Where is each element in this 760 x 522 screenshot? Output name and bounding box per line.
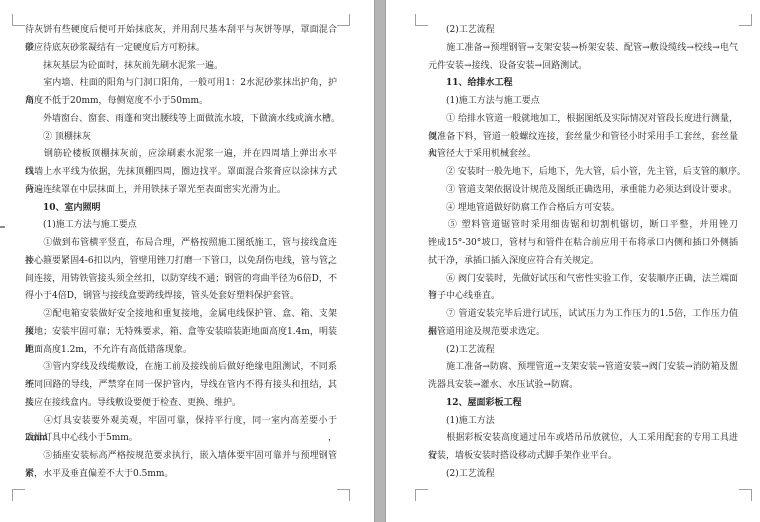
page-left-text: 待灰饼有些硬度后便可开始抹底灰，并用刮尺基本刮平与灰饼等厚，罩面混合砂浆应待底灰…: [25, 22, 337, 484]
text-line[interactable]: (2)工艺流程: [428, 342, 738, 360]
text-line[interactable]: 锉成15°-30°坡口，管材与和管件在粘合前应用干布将承口内侧和插口外侧插: [428, 235, 738, 253]
crop-mark-icon: [415, 25, 428, 26]
text-line[interactable]: 地面高度1.2m，不允许有高低错落现象。: [25, 342, 337, 360]
text-line[interactable]: (1)施工方法与施工要点: [428, 93, 738, 111]
crop-mark-icon: [739, 25, 752, 26]
text-line[interactable]: ④灯具安装要外观美观，牢固可靠，保持平行度，同一室内高差要小于2mm，: [25, 413, 337, 431]
text-line[interactable]: 外墙窗台、窗套、雨蓬和突出腰线等上面做流水坡，下做滴水线或滴水槽。: [25, 111, 337, 129]
crop-mark-icon: [12, 489, 13, 501]
text-line[interactable]: 12、屋面彩板工程: [428, 395, 738, 413]
text-line[interactable]: 根据彩板安装高度通过吊车或塔吊吊放就位，人工采用配套的专用工具进行: [428, 430, 738, 448]
text-line[interactable]: ③管内穿线及线缆敷设，在施工前及接线前后做好绝缘电阻测试，不同系统、: [25, 359, 337, 377]
text-line[interactable]: 紧，水平及垂直偏差不大于0.5mm。: [25, 466, 337, 484]
text-line[interactable]: 待灰饼有些硬度后便可开始抹底灰，并用刮尺基本刮平与灰饼等厚，罩面混合砂: [25, 22, 337, 40]
text-line[interactable]: 和管径大于采用机械套丝。: [428, 146, 738, 164]
text-line[interactable]: ②配电箱安装做好安全接地和重复接地，金属电线保护管、盒、箱、支架须: [25, 306, 337, 324]
text-line[interactable]: ③ 管道支架依据设计规范及图纸正确选用，承重能力必须达到设计要求。: [428, 182, 738, 200]
text-line[interactable]: 补心箍要紧固4-6扣以内，管壁用锉刀打磨一下管口，以免刮伤电线，管与管之: [25, 253, 337, 271]
text-line[interactable]: ⑤插座安装标高严格按规范要求执行，嵌入墙体要牢固可靠并与预埋钢管索: [25, 448, 337, 466]
page-edge-tick: [0, 226, 5, 228]
text-line[interactable]: ② 顶棚抹灰: [25, 129, 337, 147]
text-line[interactable]: 施工准备→防腐、预埋管道→支架安装→管道安装→阀门安装→消防箱及盥: [428, 359, 738, 377]
crop-mark-icon: [415, 489, 416, 501]
page-right-text: (2)工艺流程 施工准备→预埋钢管→支架安装→桥架安装、配管→敷设缆线→校线→电…: [428, 22, 738, 484]
text-line[interactable]: (2)工艺流程: [428, 466, 738, 484]
text-line[interactable]: 间连接，用铸铁管接头须全丝扣，以防穿线不通；钢管的弯曲半径为6倍D，不: [25, 271, 337, 289]
text-line[interactable]: 浆应待底灰砂浆凝结有一定硬度后方可粉抹。: [25, 40, 337, 58]
crop-mark-icon: [349, 489, 350, 501]
text-line[interactable]: 元件安装→接线、设备安装→回路测试。: [428, 58, 738, 76]
text-line[interactable]: 11、给排水工程: [428, 75, 738, 93]
text-line[interactable]: 洗器具安装→灌水、水压试验→防腐。: [428, 377, 738, 395]
crop-mark-icon: [415, 489, 428, 490]
text-line[interactable]: ① 给排水管道一般就地加工，根据图纸及实际情况对管段长度进行测量，以: [428, 111, 738, 129]
text-line[interactable]: 高度不低于20mm，每侧宽度不小于50mm。: [25, 93, 337, 111]
text-line[interactable]: ② 安装时一般先地下，后地下，先大管，后小管，先主管，后支管的顺序。: [428, 164, 738, 182]
text-line[interactable]: 得小于4倍D，钢管与接线盒要跨线焊接，管头处套好塑料保护套管。: [25, 288, 337, 306]
text-line[interactable]: 10、室内照明: [25, 200, 337, 218]
text-line[interactable]: ①做到布管横平竖直，布局合理，严格按照施工图纸施工，管与接线盒连接，: [25, 235, 337, 253]
text-line[interactable]: 两遍连续罩在中层抹面上，并用铁抹子罩光至表面密实光滑为止。: [25, 182, 337, 200]
text-line[interactable]: 据管道用途及规范要求选定。: [428, 324, 738, 342]
crop-mark-icon: [12, 489, 25, 490]
text-line[interactable]: 室内墙、柱面的阳角与门洞口阳角，一般可用1：2水泥砂浆抹出护角，护角: [25, 75, 337, 93]
text-line[interactable]: 施工准备→预埋钢管→支架安装→桥架安装、配管→敷设缆线→校线→电气: [428, 40, 738, 58]
crop-mark-icon: [12, 25, 25, 26]
text-line[interactable]: 不同回路的导线，严禁穿在同一保护管内，导线在管内不得有接头和扭结，其接: [25, 377, 337, 395]
text-line[interactable]: ④ 埋地管道做好防腐工作合格后方可安装。: [428, 200, 738, 218]
text-line[interactable]: 头应在接线盒内。导线敷设要便于检查、更换、维护。: [25, 395, 337, 413]
text-line[interactable]: 钢筋砼楼板顶棚抹灰前，应涂刷素水泥浆一遍，并在四周墙上弹出水平线，: [25, 146, 337, 164]
text-line[interactable]: ⑥ 阀门安装时，先做好试压和气密性实验工作，安装顺序正确，法兰端面与: [428, 271, 738, 289]
crop-mark-icon: [337, 25, 350, 26]
text-line[interactable]: 抹灰基层为砼面时，抹灰前先刷水泥浆一遍。: [25, 58, 337, 76]
text-line[interactable]: (1)施工方法与施工要点: [25, 217, 337, 235]
text-line[interactable]: (2)工艺流程: [428, 22, 738, 40]
page-left: 待灰饼有些硬度后便可开始抹底灰，并用刮尺基本刮平与灰饼等厚，罩面混合砂浆应待底灰…: [0, 0, 374, 522]
text-line[interactable]: (1)施工方法: [428, 413, 738, 431]
text-line[interactable]: 拭干净，承插口插入深度应符合有关规定。: [428, 253, 738, 271]
text-line[interactable]: 管子中心线垂直。: [428, 288, 738, 306]
text-line[interactable]: 安装，墙板安装时搭设移动式脚手架作业平台。: [428, 448, 738, 466]
page-gap: [374, 0, 386, 522]
crop-mark-icon: [751, 489, 752, 501]
text-line[interactable]: ⑤ 塑料管道锯管时采用细齿锯和切割机锯切，断口平整，并用锉刀: [428, 217, 738, 235]
text-line[interactable]: 接地；安装牢固可靠；无特殊要求，箱、盒等安装暗装距地面高度1.4m，明装距: [25, 324, 337, 342]
text-line[interactable]: 便准备下料，管道一般螺纹连接，套丝量少和管径小时采用手工套丝，套丝量大: [428, 129, 738, 147]
text-line[interactable]: ⑦ 管道安装完毕后进行试压，试试压力为工作压力的1.5倍，工作压力值根: [428, 306, 738, 324]
page-right: (2)工艺流程 施工准备→预埋钢管→支架安装→桥架安装、配管→敷设缆线→校线→电…: [386, 0, 760, 522]
text-line[interactable]: 以墙上水平线为依据，先抹顶棚四周，圈边找平。罩面混合浆膏应以涂抹方式分: [25, 164, 337, 182]
